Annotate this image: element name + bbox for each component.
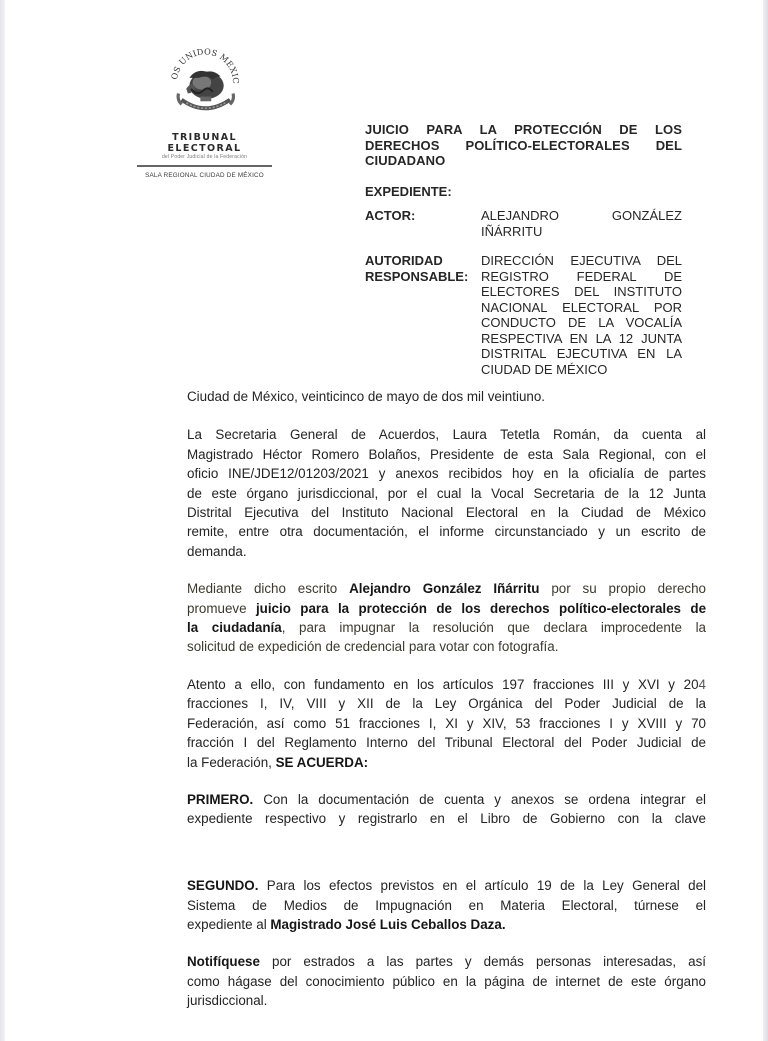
ciudadania-bold: la ciudadanía [187,620,282,635]
paragraph-line: jurisdiccional. [187,991,706,1010]
institution-logo: ESTADOS UNIDOS MEXICANOS TRIBUNAL ELECTO… [137,42,272,180]
se-acuerda-bold: SE ACUERDA: [276,755,369,770]
notifiquese-label: Notifíquese [187,954,260,969]
paragraph-line: Mediante dicho escrito Alejandro Gonzále… [187,579,706,598]
segundo-label: SEGUNDO. [187,878,258,893]
paragraph-line: Atento a ello, con fundamento en los art… [187,675,706,694]
actor-line: ALEJANDRO GONZÁLEZ [481,208,682,224]
paragraph-line: fracciones I, IV, VIII y XII de la Ley O… [187,694,706,713]
mexican-coat-of-arms-icon: ESTADOS UNIDOS MEXICANOS [166,42,244,120]
juicio-bold: juicio para la protección de los derecho… [256,601,706,616]
autoridad-line: ELECTORES DEL INSTITUTO [481,284,682,300]
page-edge-right [763,0,768,1041]
actor-field: ACTOR: ALEJANDRO GONZÁLEZ IÑÁRRITU [365,208,682,239]
actor-line: IÑÁRRITU [481,224,682,240]
autoridad-line: CIUDAD DE MÉXICO [481,362,682,378]
paragraph-line: Sistema de Medios de Impugnación en Mate… [187,896,706,915]
date-paragraph: Ciudad de México, veinticinco de mayo de… [187,387,706,406]
date-line: Ciudad de México, veinticinco de mayo de… [187,387,706,406]
case-header: JUICIO PARA LA PROTECCIÓN DE LOS DERECHO… [365,122,682,377]
actor-value: ALEJANDRO GONZÁLEZ IÑÁRRITU [481,208,682,239]
paragraph-line: la ciudadanía, para impugnar la resoluci… [187,618,706,637]
paragraph-line: Notifíquese por estrados a las partes y … [187,952,706,971]
paragraph-line: expediente respectivo y registrarlo en e… [187,809,706,828]
magistrado-name-bold: Magistrado José Luis Ceballos Daza. [270,917,505,932]
segundo-paragraph: SEGUNDO. Para los efectos previstos en e… [187,876,706,934]
case-title-line: CIUDADANO [365,153,682,169]
paragraph-line: PRIMERO. Con la documentación de cuenta … [187,790,706,809]
paragraph-line: remite, entre otra documentación, el inf… [187,522,706,541]
paragraph-line: Federación, así como 51 fracciones I, XI… [187,714,706,733]
autoridad-label: AUTORIDAD RESPONSABLE: [365,253,481,377]
autoridad-label-line: RESPONSABLE: [365,269,481,285]
paragraph-line: como hágase del conocimiento público en … [187,972,706,991]
case-title: JUICIO PARA LA PROTECCIÓN DE LOS DERECHO… [365,122,682,169]
institution-name: TRIBUNAL ELECTORAL [137,132,272,154]
autoridad-line: NACIONAL ELECTORAL POR [481,300,682,316]
paragraph-line: La Secretaria General de Acuerdos, Laura… [187,425,706,444]
paragraph-line: fracción I del Reglamento Interno del Tr… [187,733,706,752]
expediente-field: EXPEDIENTE: [365,184,682,200]
paragraph-line: demanda. [187,542,706,561]
paragraph-line: promueve juicio para la protección de lo… [187,599,706,618]
escrito-paragraph-highlighted: Mediante dicho escrito Alejandro Gonzále… [187,579,706,657]
notifiquese-paragraph: Notifíquese por estrados a las partes y … [187,952,706,1010]
institution-subtitle: del Poder Judicial de la Federación [137,154,272,160]
cuenta-paragraph: La Secretaria General de Acuerdos, Laura… [187,425,706,561]
atento-paragraph: Atento a ello, con fundamento en los art… [187,675,706,772]
primero-label: PRIMERO. [187,792,253,807]
autoridad-line: DISTRITAL EJECUTIVA EN LA [481,346,682,362]
paragraph-line: expediente al Magistrado José Luis Cebal… [187,915,706,934]
autoridad-line: CONDUCTO DE LA VOCALÍA [481,315,682,331]
paragraph-line: oficio INE/JDE12/01203/2021 y anexos rec… [187,464,706,483]
autoridad-line: REGISTRO FEDERAL DE [481,269,682,285]
actor-label: ACTOR: [365,208,481,239]
paragraph-line: la Federación, SE ACUERDA: [187,753,706,772]
expediente-value [481,184,682,200]
primero-paragraph: PRIMERO. Con la documentación de cuenta … [187,790,706,829]
logo-divider [137,165,272,167]
case-title-line: DERECHOS POLÍTICO-ELECTORALES DEL [365,138,682,154]
paragraph-line: SEGUNDO. Para los efectos previstos en e… [187,876,706,895]
paragraph-line: de este órgano jurisdiccional, por el cu… [187,484,706,503]
paragraph-line: solicitud de expedición de credencial pa… [187,637,706,656]
expediente-label: EXPEDIENTE: [365,184,481,200]
sala-name: SALA REGIONAL CIUDAD DE MÉXICO [137,172,272,180]
paragraph-line: Distrital Ejecutiva del Instituto Nacion… [187,503,706,522]
document-body: Ciudad de México, veinticinco de mayo de… [187,387,706,1011]
autoridad-field: AUTORIDAD RESPONSABLE: DIRECCIÓN EJECUTI… [365,253,682,377]
case-title-line: JUICIO PARA LA PROTECCIÓN DE LOS [365,122,682,138]
page-edge-left [0,0,5,1041]
actor-name-bold: Alejandro González Iñárritu [349,581,539,596]
autoridad-label-line: AUTORIDAD [365,253,481,269]
autoridad-value: DIRECCIÓN EJECUTIVA DEL REGISTRO FEDERAL… [481,253,682,377]
autoridad-line: RESPECTIVA EN LA 12 JUNTA [481,331,682,347]
redacted-clave [187,829,706,848]
paragraph-line: Magistrado Héctor Romero Bolaños, Presid… [187,445,706,464]
autoridad-line: DIRECCIÓN EJECUTIVA DEL [481,253,682,269]
